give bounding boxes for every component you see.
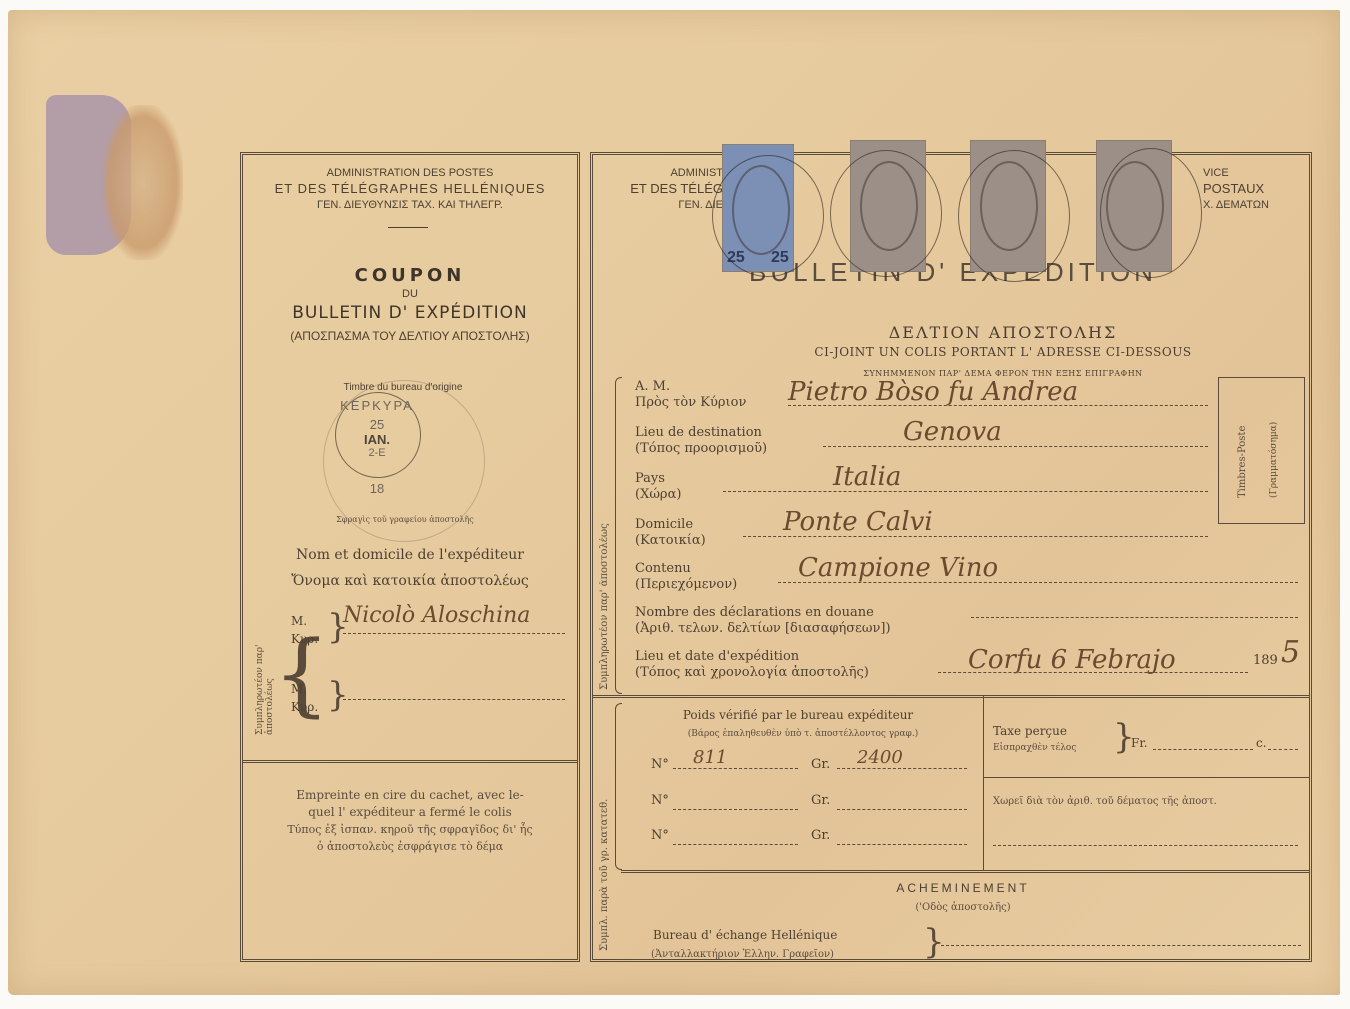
customs-declarations-field[interactable]	[971, 617, 1298, 618]
weight-row3-no-label: N°	[651, 828, 669, 844]
coupon-title: COUPON	[243, 265, 577, 286]
contents-field[interactable]: Campione Vino	[778, 553, 1298, 583]
coupon-subtitle-greek: (ΑΠΟΣΠΑΣΜΑ ΤΟΥ ΔΕΛΤΙΟΥ ΑΠΟΣΤΟΛΗΣ)	[243, 328, 577, 344]
postmark-year: 18	[335, 481, 419, 496]
section-divider-vertical	[983, 695, 984, 870]
weight-row2-gr-label: Gr.	[811, 793, 830, 809]
stamp-box-label-greek: (Γραμματόσημα)	[1269, 403, 1279, 498]
field-contents-label-greek: (Περιεχόμενον)	[635, 577, 737, 593]
parcel-number-field-2[interactable]	[673, 809, 798, 810]
bulletin-header-right3: Χ. ΔΕΜΑΤΩΝ	[1203, 197, 1303, 213]
bulletin-brace	[615, 377, 622, 694]
bulletin-header-left: ADMINIST ET DES TÉLÉG ΓΕΝ. ΔΙΕ	[603, 165, 723, 213]
coupon-side-label: Συμπληρωτέον παρ' ἀποστολέως	[255, 610, 275, 735]
place-date-field[interactable]: Corfu 6 Febrajo	[938, 645, 1248, 673]
field-country: Pays (Χώρα)	[635, 471, 681, 503]
postage-stamp-box: Timbres-Poste (Γραμματόσημα)	[1218, 377, 1305, 524]
cancellation-postmark	[1100, 148, 1202, 278]
field-addressee: A. M. Πρὸς τὸν Κύριον	[635, 379, 746, 411]
field-domicile: Domicile (Κατοικία)	[635, 517, 706, 549]
sender-row2-m: M.	[291, 681, 307, 697]
seal-text-greek2: ὁ ἀποστολεὺς ἐσφράγισε τὸ δέμα	[243, 838, 577, 855]
field-domicile-label-greek: (Κατοικία)	[635, 533, 706, 549]
seal-text-greek1: Τύπος ἐξ ἱσπαν. κηροῦ τῆς σφραγῖδος δι' …	[243, 821, 577, 838]
destination-field[interactable]: Genova	[823, 417, 1208, 447]
tax-label-greek: Εἰσπραχθὲν τέλος	[993, 741, 1076, 755]
tax-cents-field[interactable]	[1268, 749, 1298, 750]
cancellation-postmark	[712, 155, 824, 277]
field-place-date: Lieu et date d'expédition (Τόπος καὶ χρο…	[635, 649, 869, 681]
sender-label-greek: Ὄνομα καὶ κατοικία ἀποστολέως	[243, 573, 577, 589]
tax-c-label: c.	[1256, 735, 1267, 751]
routing-title-greek: ('Οδὸς ἀποστολῆς)	[623, 901, 1303, 915]
year-printed: 189	[1253, 653, 1278, 669]
postmark-day: 25	[335, 417, 419, 432]
coupon-header: ADMINISTRATION DES POSTES ET DES TÉLÉGRA…	[243, 165, 577, 213]
coupon-divider	[243, 760, 577, 763]
stamp-box-label: Timbres-Poste	[1237, 403, 1248, 498]
routing-label-greek: (Ἀνταλλακτήριον Ἑλλην. Γραφεῖον)	[651, 948, 834, 962]
coupon-header-line1: ADMINISTRATION DES POSTES	[243, 165, 577, 181]
weight-brace	[615, 703, 622, 870]
year-handwritten[interactable]: 5	[1281, 635, 1300, 670]
coupon-subtitle: BULLETIN D' EXPÉDITION	[243, 303, 577, 323]
field-customs: Nombre des déclarations en douane (Ἀριθ.…	[635, 605, 891, 637]
bulletin-header-left1: ADMINIST	[603, 165, 723, 181]
wax-stain-halo	[103, 105, 183, 260]
brace: }	[923, 925, 945, 959]
weight-row2-no-label: N°	[651, 793, 669, 809]
field-addressee-label: A. M.	[635, 379, 746, 395]
divider	[388, 227, 428, 228]
field-domicile-label: Domicile	[635, 517, 706, 533]
field-country-label: Pays	[635, 471, 681, 487]
tax-note-greek: Χωρεῖ διὰ τὸν ἀριθ. τοῦ δέματος τῆς ἀποσ…	[993, 795, 1217, 809]
field-destination-label-greek: (Τόπος προορισμοῦ)	[635, 441, 767, 457]
sender-address-field[interactable]	[343, 675, 565, 700]
bulletin-panel: ADMINIST ET DES TÉLÉG ΓΕΝ. ΔΙΕ VICE POST…	[590, 152, 1312, 962]
sender-row1-m: M.	[291, 613, 307, 629]
coupon-header-line3: ΓΕΝ. ΔΙΕΥΘΥΝΣΙΣ ΤΑΧ. ΚΑΙ ΤΗΛΕΓΡ.	[243, 197, 577, 213]
postmark-month: ΙΑΝ.	[335, 432, 419, 447]
bulletin-header-left3: ΓΕΝ. ΔΙΕ	[603, 197, 723, 213]
domicile-field[interactable]: Ponte Calvi	[743, 507, 1208, 537]
cancellation-postmark	[830, 150, 942, 277]
bulletin-side-label: Συμπληρωτέον παρ' ἀποστολέως	[599, 380, 610, 690]
sender-name-field[interactable]: Nicolò Aloschina	[343, 603, 565, 634]
field-place-date-label: Lieu et date d'expédition	[635, 649, 869, 665]
field-customs-label-greek: (Ἀριθ. τελων. δελτίων [διασαφήσεων])	[635, 621, 891, 637]
cancellation-postmark	[958, 150, 1070, 282]
parcel-number-field-1[interactable]: 811	[673, 747, 798, 769]
postmark-ring-text-bottom: Σφραγὶς τοῦ γραφείου ἀποστολῆς	[315, 513, 495, 527]
seal-text-line2: quel l' expéditeur a fermé le colis	[243, 804, 577, 821]
country-field[interactable]: Italia	[723, 462, 1208, 492]
bulletin-header-right2: POSTAUX	[1203, 181, 1303, 197]
weight-title-greek: (Βάρος ἐπαληθευθὲν ὑπὸ τ. ἀποστέλλοντος …	[623, 727, 983, 741]
field-country-label-greek: (Χώρα)	[635, 487, 681, 503]
routing-divider	[621, 870, 1309, 873]
field-customs-label: Nombre des déclarations en douane	[635, 605, 891, 621]
coupon-du: DU	[243, 288, 577, 300]
parcel-weight-field-3[interactable]	[837, 844, 967, 845]
bulletin-subtitle: CI-JOINT UN COLIS PORTANT L' ADRESSE CI-…	[683, 345, 1323, 359]
field-addressee-label-greek: Πρὸς τὸν Κύριον	[635, 395, 746, 411]
coupon-header-line2: ET DES TÉLÉGRAPHES HELLÉNIQUES	[243, 181, 577, 197]
seal-text: Empreinte en cire du cachet, avec le- qu…	[243, 787, 577, 855]
field-destination: Lieu de destination (Τόπος προορισμοῦ)	[635, 425, 767, 457]
coupon-brace: {	[273, 610, 330, 740]
parcel-weight-field-1[interactable]: 2400	[837, 747, 967, 769]
coupon-panel: ADMINISTRATION DES POSTES ET DES TÉLÉGRA…	[240, 152, 580, 962]
field-contents-label: Contenu	[635, 561, 737, 577]
bulletin-header-left2: ET DES TÉLÉG	[603, 181, 723, 197]
bulletin-header-right1: VICE	[1203, 165, 1303, 181]
field-destination-label: Lieu de destination	[635, 425, 767, 441]
routing-label: Bureau d' échange Hellénique	[653, 927, 837, 943]
weight-row3-gr-label: Gr.	[811, 828, 830, 844]
sender-label: Nom et domicile de l'expéditeur	[243, 547, 577, 563]
field-contents: Contenu (Περιεχόμενον)	[635, 561, 737, 593]
parcel-weight-field-2[interactable]	[837, 809, 967, 810]
wax-seal-area	[263, 865, 557, 945]
weight-row1-gr-label: Gr.	[811, 757, 830, 773]
tax-note-field[interactable]	[993, 845, 1298, 846]
weight-side-label: Συμπλ. παρὰ τοῦ γρ. κατατεθ.	[599, 703, 610, 951]
parcel-number-field-3[interactable]	[673, 844, 798, 845]
tax-francs-field[interactable]	[1153, 749, 1253, 750]
postmark-ring-text-top: Timbre du bureau d'origine	[323, 380, 483, 396]
sender-row2-kyr: Κυρ.	[291, 699, 318, 715]
sender-row1-kyr: Κυρ.	[291, 631, 318, 647]
weight-row1-no-label: N°	[651, 757, 669, 773]
bulletin-title-greek: ΔΕΛΤΙΟΝ ΑΠΟΣΤΟΛΗΣ	[683, 323, 1323, 342]
field-place-date-label-greek: (Τόπος καὶ χρονολογία ἀποστολῆς)	[635, 665, 869, 681]
weight-title: Poids vérifié par le bureau expéditeur	[623, 707, 973, 723]
postmark-time: 2-Ε	[335, 447, 419, 459]
tax-label: Taxe perçue	[993, 723, 1067, 739]
addressee-name-field[interactable]: Pietro Bòso fu Andrea	[788, 377, 1208, 406]
seal-text-line1: Empreinte en cire du cachet, avec le-	[243, 787, 577, 804]
exchange-office-field[interactable]	[941, 945, 1301, 946]
bulletin-divider	[593, 695, 1309, 698]
tax-fr-label: Fr.	[1131, 735, 1148, 751]
tax-divider	[983, 777, 1309, 778]
bulletin-header-right: VICE POSTAUX Χ. ΔΕΜΑΤΩΝ	[1203, 165, 1303, 213]
routing-title: ACHEMINEMENT	[623, 881, 1303, 895]
postmark-town: ΚΕΡΚΥΡΑ	[335, 398, 419, 413]
